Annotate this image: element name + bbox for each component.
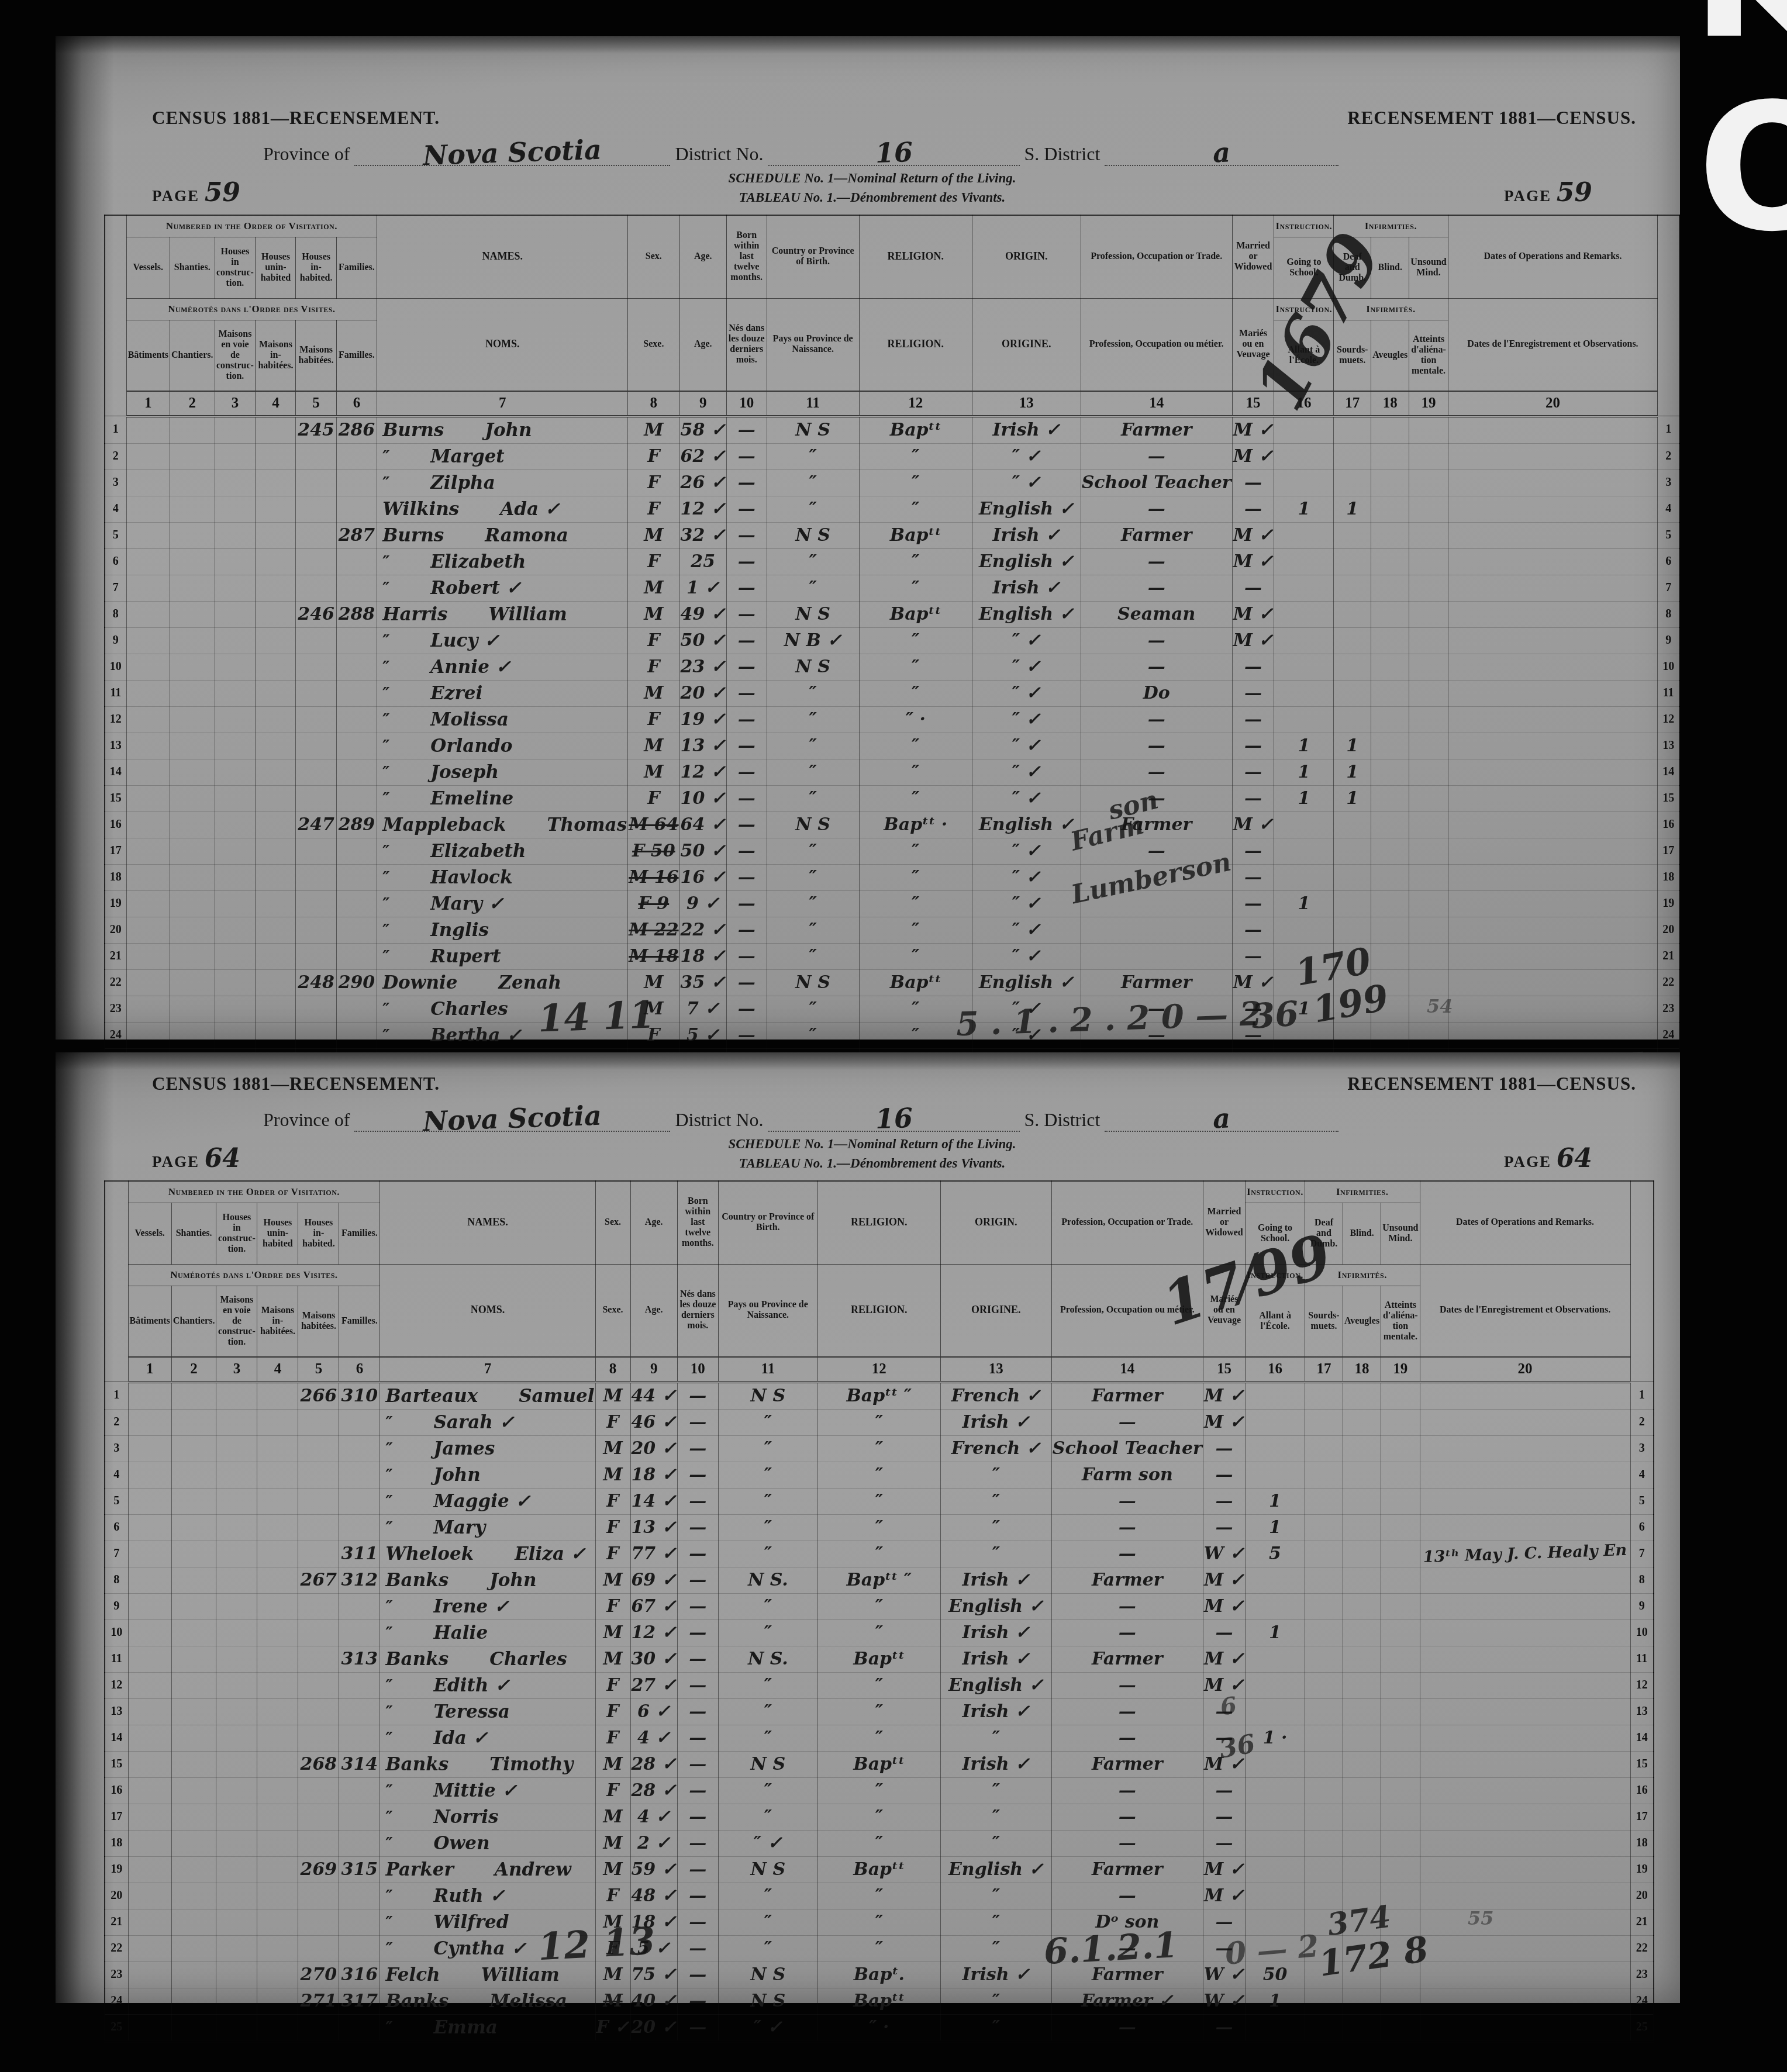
cell-blind: [1343, 1646, 1381, 1672]
cell-deaf: [1334, 864, 1371, 890]
cell-religion: Bapᵗ.: [817, 1962, 940, 1988]
cell-school: [1246, 1856, 1305, 1883]
cell-origin: ″: [940, 1909, 1051, 1935]
cell-deaf: [1334, 575, 1371, 601]
row-number-right: 16: [1630, 1777, 1654, 1804]
cell-deaf: 1: [1334, 496, 1371, 522]
cell-age: 40 ✓: [630, 1988, 677, 2014]
census-row: 11″EzreiM20 ✓—″″″ ✓Do—11: [105, 680, 1679, 706]
cell-school: [1274, 680, 1334, 706]
row-number-left: 11: [105, 1646, 128, 1672]
cell-religion: ″: [817, 1514, 940, 1541]
cell-vessels: [128, 1567, 171, 1593]
census-title-left: CENSUS 1881—RECENSEMENT.: [152, 1073, 440, 1094]
cell-married: —: [1203, 1435, 1245, 1462]
census-row: 24271317BanksMelissaM40 ✓—N SBapᵗᵗ″Farme…: [105, 1988, 1654, 2014]
cell-married: —: [1232, 838, 1274, 864]
cell-religion: ″: [859, 785, 972, 811]
cell-origin: ″ ✓: [972, 443, 1081, 469]
cell-shanties: [170, 522, 215, 548]
cell-religion: ″: [817, 1409, 940, 1435]
row-number-left: 6: [105, 548, 126, 575]
census-row: 6″ElizabethF25—″″English ✓—M ✓6: [105, 548, 1679, 575]
cell-houses-uninhabited: [256, 969, 296, 996]
cell-houses-inhabited: 269: [298, 1856, 339, 1883]
cell-deaf: [1334, 811, 1371, 838]
cell-vessels: [126, 575, 170, 601]
cell-name: FelchWilliam: [380, 1962, 595, 1988]
cell-occupation: —: [1081, 706, 1232, 733]
cell-birthplace: N S: [767, 522, 859, 548]
cell-religion: ″: [817, 1672, 940, 1698]
cell-birthplace: ″: [718, 1935, 817, 1962]
cell-religion: ″: [859, 733, 972, 759]
cell-deaf: [1334, 838, 1371, 864]
cell-families: 290: [336, 969, 377, 996]
col-number: 10: [677, 1357, 718, 1382]
cell-deaf: [1305, 1935, 1343, 1962]
col-number: 4: [256, 391, 296, 416]
cell-unsound: [1381, 1909, 1420, 1935]
cell-houses-uninhabited: [257, 1830, 298, 1856]
cell-shanties: [170, 548, 215, 575]
cell-birthplace: N S: [767, 811, 859, 838]
cell-houses-inhabited: [296, 548, 336, 575]
cell-married: —: [1203, 1698, 1245, 1725]
census-row: 17″NorrisM4 ✓—″″″——17: [105, 1804, 1654, 1830]
cell-married: M ✓: [1232, 416, 1274, 444]
cell-houses-construction: [216, 1593, 257, 1619]
cell-unsound: [1409, 864, 1448, 890]
cell-married: M ✓: [1203, 1567, 1245, 1593]
cell-married: —: [1232, 496, 1274, 522]
row-number-left: 17: [105, 1804, 128, 1830]
col-names-fr: NOMS.: [380, 1264, 595, 1357]
cell-blind: [1343, 1619, 1381, 1646]
row-number-left: 1: [105, 1382, 128, 1410]
cell-unsound: [1409, 811, 1448, 838]
cell-vessels: [126, 785, 170, 811]
col-number: 18: [1343, 1357, 1381, 1382]
col-number: 12: [817, 1357, 940, 1382]
cell-name: ″Sarah ✓: [380, 1409, 595, 1435]
cell-houses-uninhabited: [256, 654, 296, 680]
col-visitation-fr-3: Maisons in- habitées.: [256, 320, 296, 391]
census-row: 8246288HarrisWilliamM49 ✓—N SBapᵗᵗEnglis…: [105, 601, 1679, 627]
cell-religion: ″: [859, 680, 972, 706]
col-married-en: Married or Widowed: [1203, 1181, 1245, 1265]
cell-unsound: [1381, 1698, 1420, 1725]
cell-age: 22 ✓: [679, 917, 726, 943]
row-number-right: 14: [1658, 759, 1679, 785]
cell-sex: F: [595, 1593, 630, 1619]
cell-married: M ✓: [1232, 601, 1274, 627]
row-number-left: 12: [105, 706, 126, 733]
cell-name: ″Zilpha: [377, 469, 628, 496]
cell-school: [1246, 1804, 1305, 1830]
cell-name: ″John: [380, 1462, 595, 1488]
infirmities-group-en: Infirmities.: [1334, 215, 1448, 237]
cell-shanties: [170, 706, 215, 733]
cell-deaf: [1334, 548, 1371, 575]
cell-married: M ✓: [1232, 627, 1274, 654]
cell-religion: ″: [859, 996, 972, 1022]
cell-sex: F: [595, 1672, 630, 1698]
cell-sex: M: [628, 759, 679, 785]
row-number-left: 5: [105, 522, 126, 548]
cell-name: ″Elizabeth: [377, 838, 628, 864]
cell-families: [336, 733, 377, 759]
cell-unsound: [1381, 1962, 1420, 1988]
cell-deaf: [1305, 1777, 1343, 1804]
row-number-left: 20: [105, 917, 126, 943]
cell-families: [336, 706, 377, 733]
cell-blind: [1343, 1409, 1381, 1435]
cell-families: [339, 1777, 380, 1804]
cell-unsound: [1409, 416, 1448, 444]
col-visitation-fr-1: Chantiers.: [170, 320, 215, 391]
cell-sex: F: [595, 1883, 630, 1909]
cell-birthplace: ″: [718, 1462, 817, 1488]
cell-age: 2 ✓: [630, 1830, 677, 1856]
census-row: 3″ZilphaF26 ✓—″″″ ✓School Teacher—3: [105, 469, 1679, 496]
cell-vessels: [128, 2014, 171, 2042]
cell-shanties: [171, 1567, 216, 1593]
cell-houses-construction: [215, 654, 256, 680]
cell-age: 35 ✓: [679, 969, 726, 996]
cell-shanties: [171, 1593, 216, 1619]
row-number-right: 25: [1630, 2014, 1654, 2042]
cell-houses-inhabited: [298, 1462, 339, 1488]
cell-houses-uninhabited: [257, 1725, 298, 1751]
cell-age: 9 ✓: [679, 890, 726, 917]
row-number-left: 9: [105, 1593, 128, 1619]
cell-age: 14 ✓: [630, 1488, 677, 1514]
cell-age: 64 ✓: [679, 811, 726, 838]
cell-blind: [1343, 1856, 1381, 1883]
cell-born-12mo: —: [677, 1804, 718, 1830]
row-number-right: 6: [1630, 1514, 1654, 1541]
col-religion-fr: RELIGION.: [859, 298, 972, 391]
cell-houses-uninhabited: [257, 1883, 298, 1909]
census-row: 18″HavlockM 1616 ✓—″″″ ✓—18: [105, 864, 1679, 890]
cell-sex: F: [595, 1777, 630, 1804]
row-number-left: 24: [105, 1022, 126, 1048]
cell-married: —: [1203, 1830, 1245, 1856]
col-number: 8: [628, 391, 679, 416]
cell-religion: ″: [817, 1883, 940, 1909]
census-row: 17″ElizabethF 5050 ✓—″″″ ✓——17: [105, 838, 1679, 864]
cell-houses-construction: [215, 443, 256, 469]
cell-deaf: [1305, 1619, 1343, 1646]
cell-families: [339, 1619, 380, 1646]
census-row: 18″OwenM2 ✓—″ ✓″″——18: [105, 1830, 1654, 1856]
cell-deaf: [1334, 996, 1371, 1022]
cell-religion: ″: [817, 1725, 940, 1751]
cell-families: [339, 1409, 380, 1435]
page-number-right: PAGE 64: [1504, 1144, 1592, 1173]
cell-shanties: [171, 1777, 216, 1804]
col-origin-fr: ORIGINE.: [972, 298, 1081, 391]
cell-deaf: [1334, 443, 1371, 469]
row-number-right: 13: [1630, 1698, 1654, 1725]
cell-school: [1274, 943, 1334, 969]
visitation-group-en: Numbered in the Order of Visitation.: [128, 1181, 380, 1203]
cell-unsound: [1409, 575, 1448, 601]
cell-vessels: [128, 1909, 171, 1935]
census-row: 9″Irene ✓F67 ✓—″″English ✓—M ✓9: [105, 1593, 1654, 1619]
col-number: 15: [1232, 391, 1274, 416]
cell-school: [1274, 627, 1334, 654]
cell-deaf: [1305, 1725, 1343, 1751]
row-number-right: 10: [1630, 1619, 1654, 1646]
col-number: 5: [298, 1357, 339, 1382]
census-row: 19269315ParkerAndrewM59 ✓—N SBapᵗᵗEnglis…: [105, 1856, 1654, 1883]
row-number-left: 7: [105, 1541, 128, 1567]
cell-families: 310: [339, 1382, 380, 1410]
census-row: 12″MolissaF19 ✓—″″ ·″ ✓——12: [105, 706, 1679, 733]
cell-occupation: —: [1081, 1022, 1232, 1048]
cell-birthplace: ″: [767, 996, 859, 1022]
cell-deaf: [1334, 706, 1371, 733]
cell-occupation: Farmer: [1081, 522, 1232, 548]
cell-name: WheloekEliza ✓: [380, 1541, 595, 1567]
cell-shanties: [171, 1514, 216, 1541]
cell-sex: M 16: [628, 864, 679, 890]
cell-birthplace: ″: [718, 1672, 817, 1698]
cell-age: 67 ✓: [630, 1593, 677, 1619]
cell-houses-inhabited: [298, 1409, 339, 1435]
cell-houses-inhabited: [298, 1777, 339, 1804]
cell-occupation: Farmer ✓: [1051, 1988, 1203, 2014]
cell-name: MapplebackThomas: [377, 811, 628, 838]
col-number: 9: [630, 1357, 677, 1382]
cell-shanties: [170, 627, 215, 654]
cell-occupation: Farmer: [1051, 1382, 1203, 1410]
cell-religion: ″: [859, 1022, 972, 1048]
cell-sex: F: [628, 654, 679, 680]
cell-occupation: —: [1081, 496, 1232, 522]
cell-unsound: [1381, 1804, 1420, 1830]
cell-vessels: [128, 1435, 171, 1462]
cell-married: —: [1203, 1935, 1245, 1962]
cell-vessels: [128, 1883, 171, 1909]
col-remarks-fr: Dates de l'Enregistrement et Observation…: [1448, 298, 1658, 391]
col-religion-en: RELIGION.: [817, 1181, 940, 1265]
census-row: 2″Sarah ✓F46 ✓—″″Irish ✓—M ✓2: [105, 1409, 1654, 1435]
cell-houses-uninhabited: [257, 1488, 298, 1514]
cell-families: [339, 1830, 380, 1856]
cell-occupation: Do: [1081, 680, 1232, 706]
cell-origin: ″: [940, 2014, 1051, 2042]
cell-school: [1274, 522, 1334, 548]
row-number-right: 7: [1630, 1541, 1654, 1567]
cell-vessels: [128, 1962, 171, 1988]
row-number-right: 4: [1658, 496, 1679, 522]
cell-occupation: Farmer: [1051, 1962, 1203, 1988]
row-number-right: 5: [1630, 1488, 1654, 1514]
census-page-64: CENSUS 1881—RECENSEMENT. RECENSEMENT 188…: [56, 1052, 1680, 2003]
cell-vessels: [128, 1646, 171, 1672]
cell-religion: ″: [859, 917, 972, 943]
cell-sex: F: [595, 1698, 630, 1725]
cell-houses-uninhabited: [256, 838, 296, 864]
visitation-group-fr: Numérotés dans l'Ordre des Visites.: [126, 298, 377, 320]
census-row: 1245286BurnsJohnM58 ✓—N SBapᵗᵗIrish ✓Far…: [105, 416, 1679, 444]
cell-born-12mo: —: [677, 1909, 718, 1935]
cell-vessels: [128, 1830, 171, 1856]
cell-born-12mo: —: [726, 522, 767, 548]
col-number: 12: [859, 391, 972, 416]
cell-birthplace: ″: [718, 1488, 817, 1514]
row-number-right: 9: [1630, 1593, 1654, 1619]
row-number-right: 3: [1658, 469, 1679, 496]
cell-houses-inhabited: 270: [298, 1962, 339, 1988]
col-names-fr: NOMS.: [377, 298, 628, 391]
row-number-right: 22: [1630, 1935, 1654, 1962]
cell-shanties: [170, 890, 215, 917]
cell-married: —: [1232, 785, 1274, 811]
cell-families: 313: [339, 1646, 380, 1672]
cell-vessels: [126, 969, 170, 996]
cell-age: 4 ✓: [630, 1804, 677, 1830]
cell-age: 25: [679, 548, 726, 575]
census-row: 4WilkinsAda ✓F12 ✓—″″English ✓——114: [105, 496, 1679, 522]
col-number: 2: [170, 391, 215, 416]
col-visitation-fr-4: Maisons habitées.: [298, 1286, 339, 1357]
cell-religion: ″: [859, 469, 972, 496]
cell-blind: [1371, 838, 1409, 864]
cell-houses-construction: [215, 706, 256, 733]
cell-deaf: [1334, 601, 1371, 627]
cell-age: 50 ✓: [679, 627, 726, 654]
cell-origin: English ✓: [940, 1672, 1051, 1698]
cell-married: —: [1232, 575, 1274, 601]
census-row: 12″Edith ✓F27 ✓—″″English ✓—M ✓12: [105, 1672, 1654, 1698]
cell-born-12mo: —: [726, 443, 767, 469]
row-number-right: 18: [1630, 1830, 1654, 1856]
cell-vessels: [128, 1409, 171, 1435]
cell-houses-inhabited: 271: [298, 1988, 339, 2014]
cell-birthplace: ″: [767, 680, 859, 706]
cell-birthplace: ″: [718, 1698, 817, 1725]
cell-name: BanksMelissa: [380, 1988, 595, 2014]
col-number: 17: [1305, 1357, 1343, 1382]
cell-birthplace: ″: [718, 1883, 817, 1909]
cell-houses-construction: [216, 1856, 257, 1883]
cell-blind: [1343, 1435, 1381, 1462]
col-deaf-en: Deaf and Dumb.: [1334, 237, 1371, 298]
cell-blind: [1371, 917, 1409, 943]
row-number-right: 10: [1658, 654, 1679, 680]
page-header: CENSUS 1881—RECENSEMENT. RECENSEMENT 188…: [56, 36, 1680, 208]
cell-born-12mo: —: [677, 1988, 718, 2014]
cell-shanties: [171, 1672, 216, 1698]
cell-vessels: [126, 838, 170, 864]
cell-houses-construction: [216, 1988, 257, 2014]
col-number: 7: [377, 391, 628, 416]
table-header: Numbered in the Order of Visitation. NAM…: [105, 215, 1679, 416]
cell-vessels: [128, 1382, 171, 1410]
row-number-right: 20: [1658, 917, 1679, 943]
cell-families: [336, 496, 377, 522]
page-number-right: PAGE 59: [1504, 178, 1592, 208]
col-school-en: Going to School.: [1274, 237, 1334, 298]
col-deaf-fr: Sourds- muets.: [1305, 1286, 1343, 1357]
cell-origin: ″: [940, 1830, 1051, 1856]
col-visitation-fr-0: Bâtiments: [126, 320, 170, 391]
cell-deaf: [1334, 627, 1371, 654]
col-number: 13: [972, 391, 1081, 416]
cell-born-12mo: —: [726, 943, 767, 969]
row-number-left: 9: [105, 627, 126, 654]
cell-blind: [1371, 996, 1409, 1022]
cell-houses-construction: [216, 1514, 257, 1541]
cell-name: ″Teressa: [380, 1698, 595, 1725]
cell-birthplace: N B ✓: [767, 627, 859, 654]
cell-married: —: [1232, 680, 1274, 706]
census-table: Numbered in the Order of Visitation. NAM…: [104, 215, 1680, 1077]
cell-age: 18 ✓: [630, 1909, 677, 1935]
cell-school: 1: [1274, 733, 1334, 759]
cell-houses-uninhabited: [257, 1935, 298, 1962]
cell-houses-uninhabited: [257, 1962, 298, 1988]
row-number-right: 24: [1658, 1022, 1679, 1048]
cell-occupation: —: [1081, 575, 1232, 601]
cell-houses-inhabited: 267: [298, 1567, 339, 1593]
col-married-fr: Mariés ou en Veuvage: [1232, 298, 1274, 391]
cell-houses-inhabited: [298, 1698, 339, 1725]
cell-school: 1: [1274, 496, 1334, 522]
cell-birthplace: N S: [767, 416, 859, 444]
cell-birthplace: N S: [718, 1962, 817, 1988]
schedule-title: SCHEDULE No. 1—Nominal Return of the Liv…: [728, 168, 1016, 208]
col-visitation-fr-3: Maisons in- habitées.: [257, 1286, 298, 1357]
infirmities-group-fr: Infirmités.: [1305, 1264, 1420, 1286]
page-header: CENSUS 1881—RECENSEMENT. RECENSEMENT 188…: [56, 1052, 1680, 1173]
cell-born-12mo: —: [677, 1856, 718, 1883]
cell-houses-uninhabited: [256, 943, 296, 969]
cell-shanties: [170, 759, 215, 785]
cell-origin: English ✓: [940, 1593, 1051, 1619]
col-visitation-fr-2: Maisons en voie de construc- tion.: [216, 1286, 257, 1357]
col-visitation-fr-5: Familles.: [339, 1286, 380, 1357]
row-number-left: 10: [105, 654, 126, 680]
row-number-right: 15: [1630, 1751, 1654, 1777]
cell-vessels: [126, 890, 170, 917]
cell-shanties: [171, 1962, 216, 1988]
cell-name: BanksTimothy: [380, 1751, 595, 1777]
cell-deaf: [1305, 1962, 1343, 1988]
census-row: 14″Ida ✓F4 ✓—″″″——1 ·14: [105, 1725, 1654, 1751]
cell-families: 316: [339, 1962, 380, 1988]
province-field: Nova Scotia: [354, 133, 670, 166]
cell-age: 46 ✓: [630, 1409, 677, 1435]
cell-unsound: [1409, 548, 1448, 575]
cell-birthplace: ″ ✓: [718, 2014, 817, 2042]
cell-deaf: [1334, 890, 1371, 917]
col-age-en: Age.: [630, 1181, 677, 1265]
cell-age: 4 ✓: [630, 1725, 677, 1751]
cell-occupation: —: [1081, 443, 1232, 469]
cell-name: DownieZenah: [377, 969, 628, 996]
cell-married: M ✓: [1203, 1883, 1245, 1909]
cell-religion: ″: [817, 1830, 940, 1856]
cell-birthplace: N S: [718, 1751, 817, 1777]
cell-occupation: —: [1081, 785, 1232, 811]
cell-sex: M 18: [628, 943, 679, 969]
cell-occupation: Farm son: [1051, 1462, 1203, 1488]
